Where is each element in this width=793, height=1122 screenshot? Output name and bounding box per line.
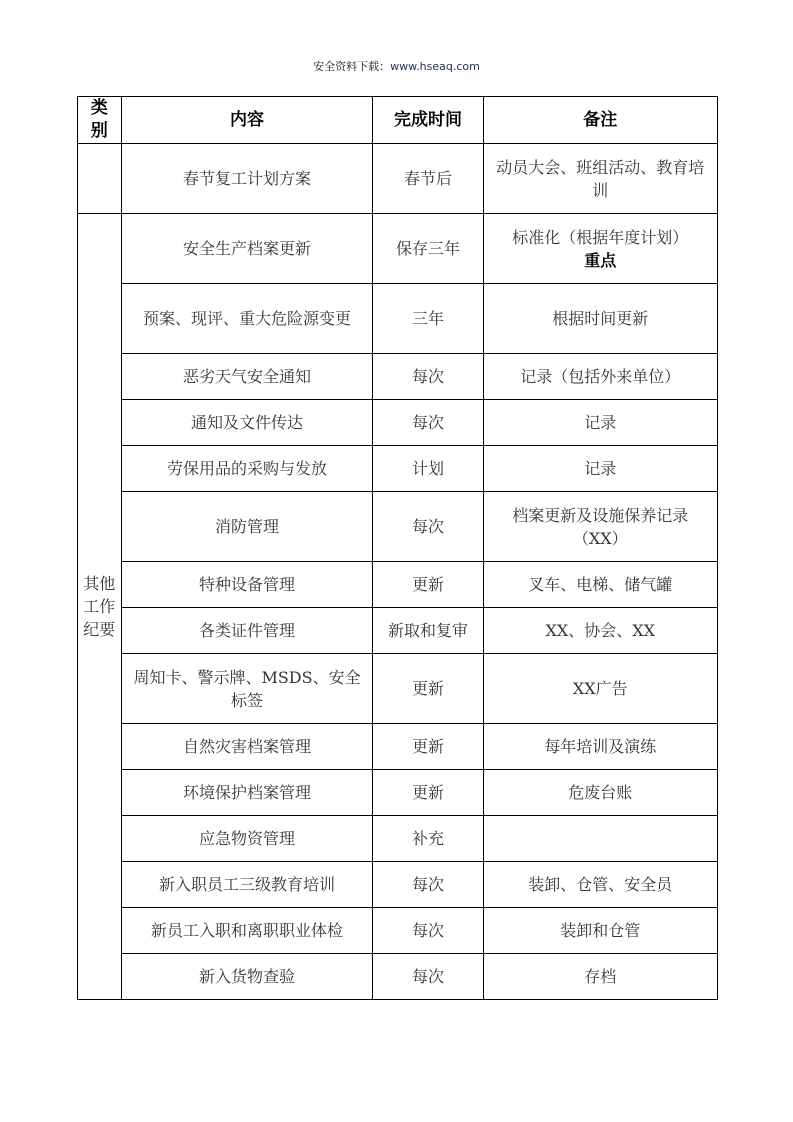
table-row: 新入货物查验 每次 存档 bbox=[78, 954, 718, 1000]
note-cell: 叉车、电梯、储气罐 bbox=[483, 562, 717, 608]
column-header-category: 类别 bbox=[78, 97, 122, 144]
header-label: 安全资料下载： bbox=[313, 60, 390, 73]
table-row: 新入职员工三级教育培训 每次 装卸、仓管、安全员 bbox=[78, 862, 718, 908]
content-cell: 自然灾害档案管理 bbox=[121, 724, 373, 770]
table-header-row: 类别 内容 完成时间 备注 bbox=[78, 97, 718, 144]
note-cell: 档案更新及设施保养记录（XX） bbox=[483, 492, 717, 562]
content-cell: 各类证件管理 bbox=[121, 608, 373, 654]
table-row: 恶劣天气安全通知 每次 记录（包括外来单位） bbox=[78, 354, 718, 400]
note-cell: 每年培训及演练 bbox=[483, 724, 717, 770]
note-cell bbox=[483, 816, 717, 862]
time-cell: 计划 bbox=[373, 446, 483, 492]
table-row: 其他工作纪要 安全生产档案更新 保存三年 标准化（根据年度计划）重点 bbox=[78, 214, 718, 284]
note-cell: XX、协会、XX bbox=[483, 608, 717, 654]
table-row: 春节复工计划方案 春节后 动员大会、班组活动、教育培训 bbox=[78, 144, 718, 214]
category-cell: 其他工作纪要 bbox=[78, 214, 122, 1000]
note-cell: 记录 bbox=[483, 446, 717, 492]
content-cell: 特种设备管理 bbox=[121, 562, 373, 608]
time-cell: 每次 bbox=[373, 908, 483, 954]
time-cell: 每次 bbox=[373, 862, 483, 908]
time-cell: 春节后 bbox=[373, 144, 483, 214]
content-cell: 新入职员工三级教育培训 bbox=[121, 862, 373, 908]
table-row: 周知卡、警示牌、MSDS、安全标签 更新 XX广告 bbox=[78, 654, 718, 724]
table-row: 预案、现评、重大危险源变更 三年 根据时间更新 bbox=[78, 284, 718, 354]
content-cell: 恶劣天气安全通知 bbox=[121, 354, 373, 400]
note-cell: 根据时间更新 bbox=[483, 284, 717, 354]
column-header-time: 完成时间 bbox=[373, 97, 483, 144]
table-row: 消防管理 每次 档案更新及设施保养记录（XX） bbox=[78, 492, 718, 562]
time-cell: 保存三年 bbox=[373, 214, 483, 284]
table-row: 环境保护档案管理 更新 危废台账 bbox=[78, 770, 718, 816]
table-row: 劳保用品的采购与发放 计划 记录 bbox=[78, 446, 718, 492]
note-cell: 动员大会、班组活动、教育培训 bbox=[483, 144, 717, 214]
table-row: 自然灾害档案管理 更新 每年培训及演练 bbox=[78, 724, 718, 770]
note-text: 标准化（根据年度计划） bbox=[512, 228, 688, 247]
content-cell: 春节复工计划方案 bbox=[121, 144, 373, 214]
time-cell: 每次 bbox=[373, 492, 483, 562]
table-row: 各类证件管理 新取和复审 XX、协会、XX bbox=[78, 608, 718, 654]
time-cell: 每次 bbox=[373, 954, 483, 1000]
note-cell: 装卸、仓管、安全员 bbox=[483, 862, 717, 908]
note-emphasis: 重点 bbox=[584, 251, 616, 270]
time-cell: 更新 bbox=[373, 724, 483, 770]
time-cell: 补充 bbox=[373, 816, 483, 862]
note-cell: 存档 bbox=[483, 954, 717, 1000]
table-row: 新员工入职和离职职业体检 每次 装卸和仓管 bbox=[78, 908, 718, 954]
time-cell: 三年 bbox=[373, 284, 483, 354]
note-cell: 标准化（根据年度计划）重点 bbox=[483, 214, 717, 284]
time-cell: 新取和复审 bbox=[373, 608, 483, 654]
table-row: 特种设备管理 更新 叉车、电梯、储气罐 bbox=[78, 562, 718, 608]
note-cell: 装卸和仓管 bbox=[483, 908, 717, 954]
time-cell: 更新 bbox=[373, 562, 483, 608]
content-cell: 通知及文件传达 bbox=[121, 400, 373, 446]
content-cell: 新入货物查验 bbox=[121, 954, 373, 1000]
content-cell: 预案、现评、重大危险源变更 bbox=[121, 284, 373, 354]
time-cell: 每次 bbox=[373, 354, 483, 400]
content-cell: 新员工入职和离职职业体检 bbox=[121, 908, 373, 954]
table-row: 通知及文件传达 每次 记录 bbox=[78, 400, 718, 446]
note-cell: 记录（包括外来单位） bbox=[483, 354, 717, 400]
note-cell: XX广告 bbox=[483, 654, 717, 724]
content-cell: 劳保用品的采购与发放 bbox=[121, 446, 373, 492]
page-header: 安全资料下载：www.hseaq.com bbox=[0, 58, 793, 74]
note-cell: 危废台账 bbox=[483, 770, 717, 816]
content-cell: 消防管理 bbox=[121, 492, 373, 562]
content-cell: 周知卡、警示牌、MSDS、安全标签 bbox=[121, 654, 373, 724]
note-cell: 记录 bbox=[483, 400, 717, 446]
column-header-note: 备注 bbox=[483, 97, 717, 144]
time-cell: 每次 bbox=[373, 400, 483, 446]
time-cell: 更新 bbox=[373, 654, 483, 724]
time-cell: 更新 bbox=[373, 770, 483, 816]
content-cell: 环境保护档案管理 bbox=[121, 770, 373, 816]
content-cell: 安全生产档案更新 bbox=[121, 214, 373, 284]
column-header-content: 内容 bbox=[121, 97, 373, 144]
category-cell-empty bbox=[78, 144, 122, 214]
header-url: www.hseaq.com bbox=[390, 60, 480, 73]
work-summary-table: 类别 内容 完成时间 备注 春节复工计划方案 春节后 动员大会、班组活动、教育培… bbox=[77, 96, 718, 1000]
table-row: 应急物资管理 补充 bbox=[78, 816, 718, 862]
content-cell: 应急物资管理 bbox=[121, 816, 373, 862]
